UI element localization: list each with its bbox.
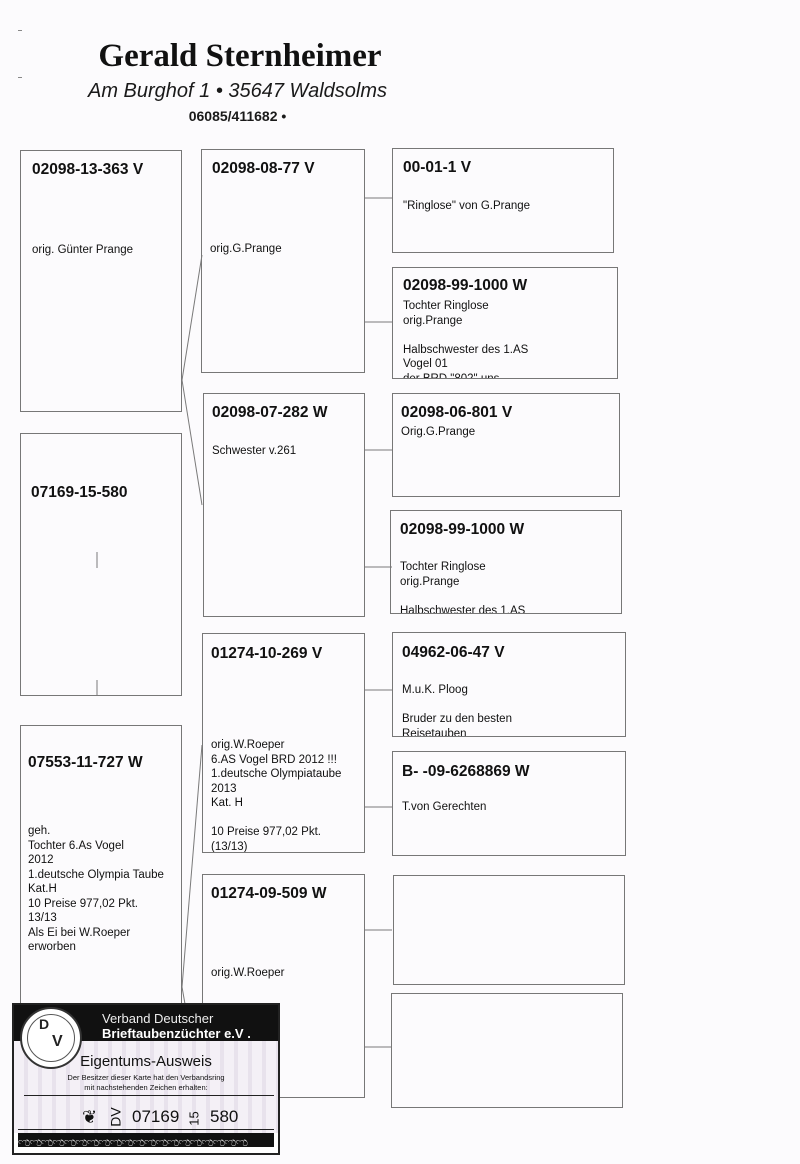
ring-number: 580 [210,1107,238,1127]
notes: orig.W.Roeper 6.AS Vogel BRD 2012 !!! 1.… [211,738,341,853]
notes: Schwester v.261 [212,444,296,459]
notes: M.u.K. Ploog Bruder zu den besten Reiset… [402,683,512,737]
ownership-card: Verband Deutscher Brieftaubenzüchter e.V… [12,1003,280,1155]
ring-prefix: DV [108,1107,124,1126]
ring-number: 02098-13-363 V [32,161,143,179]
pedigree-card-gen3: 02098-99-1000 W Tochter Ringlose orig.Pr… [392,267,618,379]
pedigree-card-gen2: 02098-07-282 W Schwester v.261 [203,393,365,617]
notes: Tochter Ringlose orig.Prange Halbschwest… [400,560,525,614]
card-subtitle: mit nachstehenden Zeichen erhalten: [14,1083,278,1092]
ring-number: 01274-10-269 V [211,645,322,663]
notes: orig.G.Prange [210,242,282,257]
ring-number: B- -09-6268869 W [402,763,530,781]
notes: Orig.G.Prange [401,425,475,440]
pedigree-card-gen2: 02098-08-77 V orig.G.Prange [201,149,365,373]
notes: T.von Gerechten [402,800,486,815]
ring-year: 15 [187,1111,202,1125]
pedigree-card-gen2: 01274-10-269 V orig.W.Roeper 6.AS Vogel … [202,633,365,853]
pedigree-card-gen3: 02098-99-1000 W Tochter Ringlose orig.Pr… [390,510,622,614]
pedigree-card-subject: 07169-15-580 [20,433,182,696]
pedigree-card-gen3-empty [391,993,623,1108]
pedigree-card-gen3: B- -09-6268869 W T.von Gerechten [392,751,626,856]
notes: orig.W.Roeper [211,966,285,981]
ring-number: 07169-15-580 [31,484,128,502]
ring-number: 01274-09-509 W [211,885,326,903]
ring-number: 02098-06-801 V [401,404,512,422]
card-subtitle: Der Besitzer dieser Karte hat den Verban… [14,1073,278,1082]
notes: "Ringlose" von G.Prange [403,199,530,214]
divider [24,1095,274,1096]
org-name-line1: Verband Deutscher [102,1011,213,1026]
pedigree-card-dam: 07553-11-727 W geh. Tochter 6.As Vogel 2… [20,725,182,1025]
ring-number: 02098-08-77 V [212,160,315,178]
pedigree-card-gen3: 02098-06-801 V Orig.G.Prange [392,393,620,497]
notes: Tochter Ringlose orig.Prange Halbschwest… [403,299,528,379]
card-title: Eigentums-Ausweis [14,1053,278,1070]
pedigree-card-gen3-empty [393,875,625,985]
divider [18,1129,274,1130]
notes: geh. Tochter 6.As Vogel 2012 1.deutsche … [28,824,164,955]
pedigree-card-sire: 02098-13-363 V orig. Günter Prange [20,150,182,412]
ring-number: 00-01-1 V [403,159,471,177]
decorative-band: ಌಌಌಌಌಌಌಌಌಌಌಌಌಌಌಌಌಌಌಌ [18,1133,274,1147]
pedigree-card-gen3: 00-01-1 V "Ringlose" von G.Prange [392,148,614,253]
notes: orig. Günter Prange [32,243,133,258]
ring-club: 07169 [132,1107,179,1127]
ring-number: 04962-06-47 V [402,644,505,662]
ring-number: 02098-99-1000 W [403,277,527,295]
ring-number: 02098-07-282 W [212,404,327,422]
pedigree-card-gen3: 04962-06-47 V M.u.K. Ploog Bruder zu den… [392,632,626,737]
pigeon-icon: ❦ [82,1107,97,1128]
org-name-line2: Brieftaubenzüchter e.V . [102,1026,251,1041]
ring-number: 07553-11-727 W [28,754,143,772]
ring-number: 02098-99-1000 W [400,521,524,539]
